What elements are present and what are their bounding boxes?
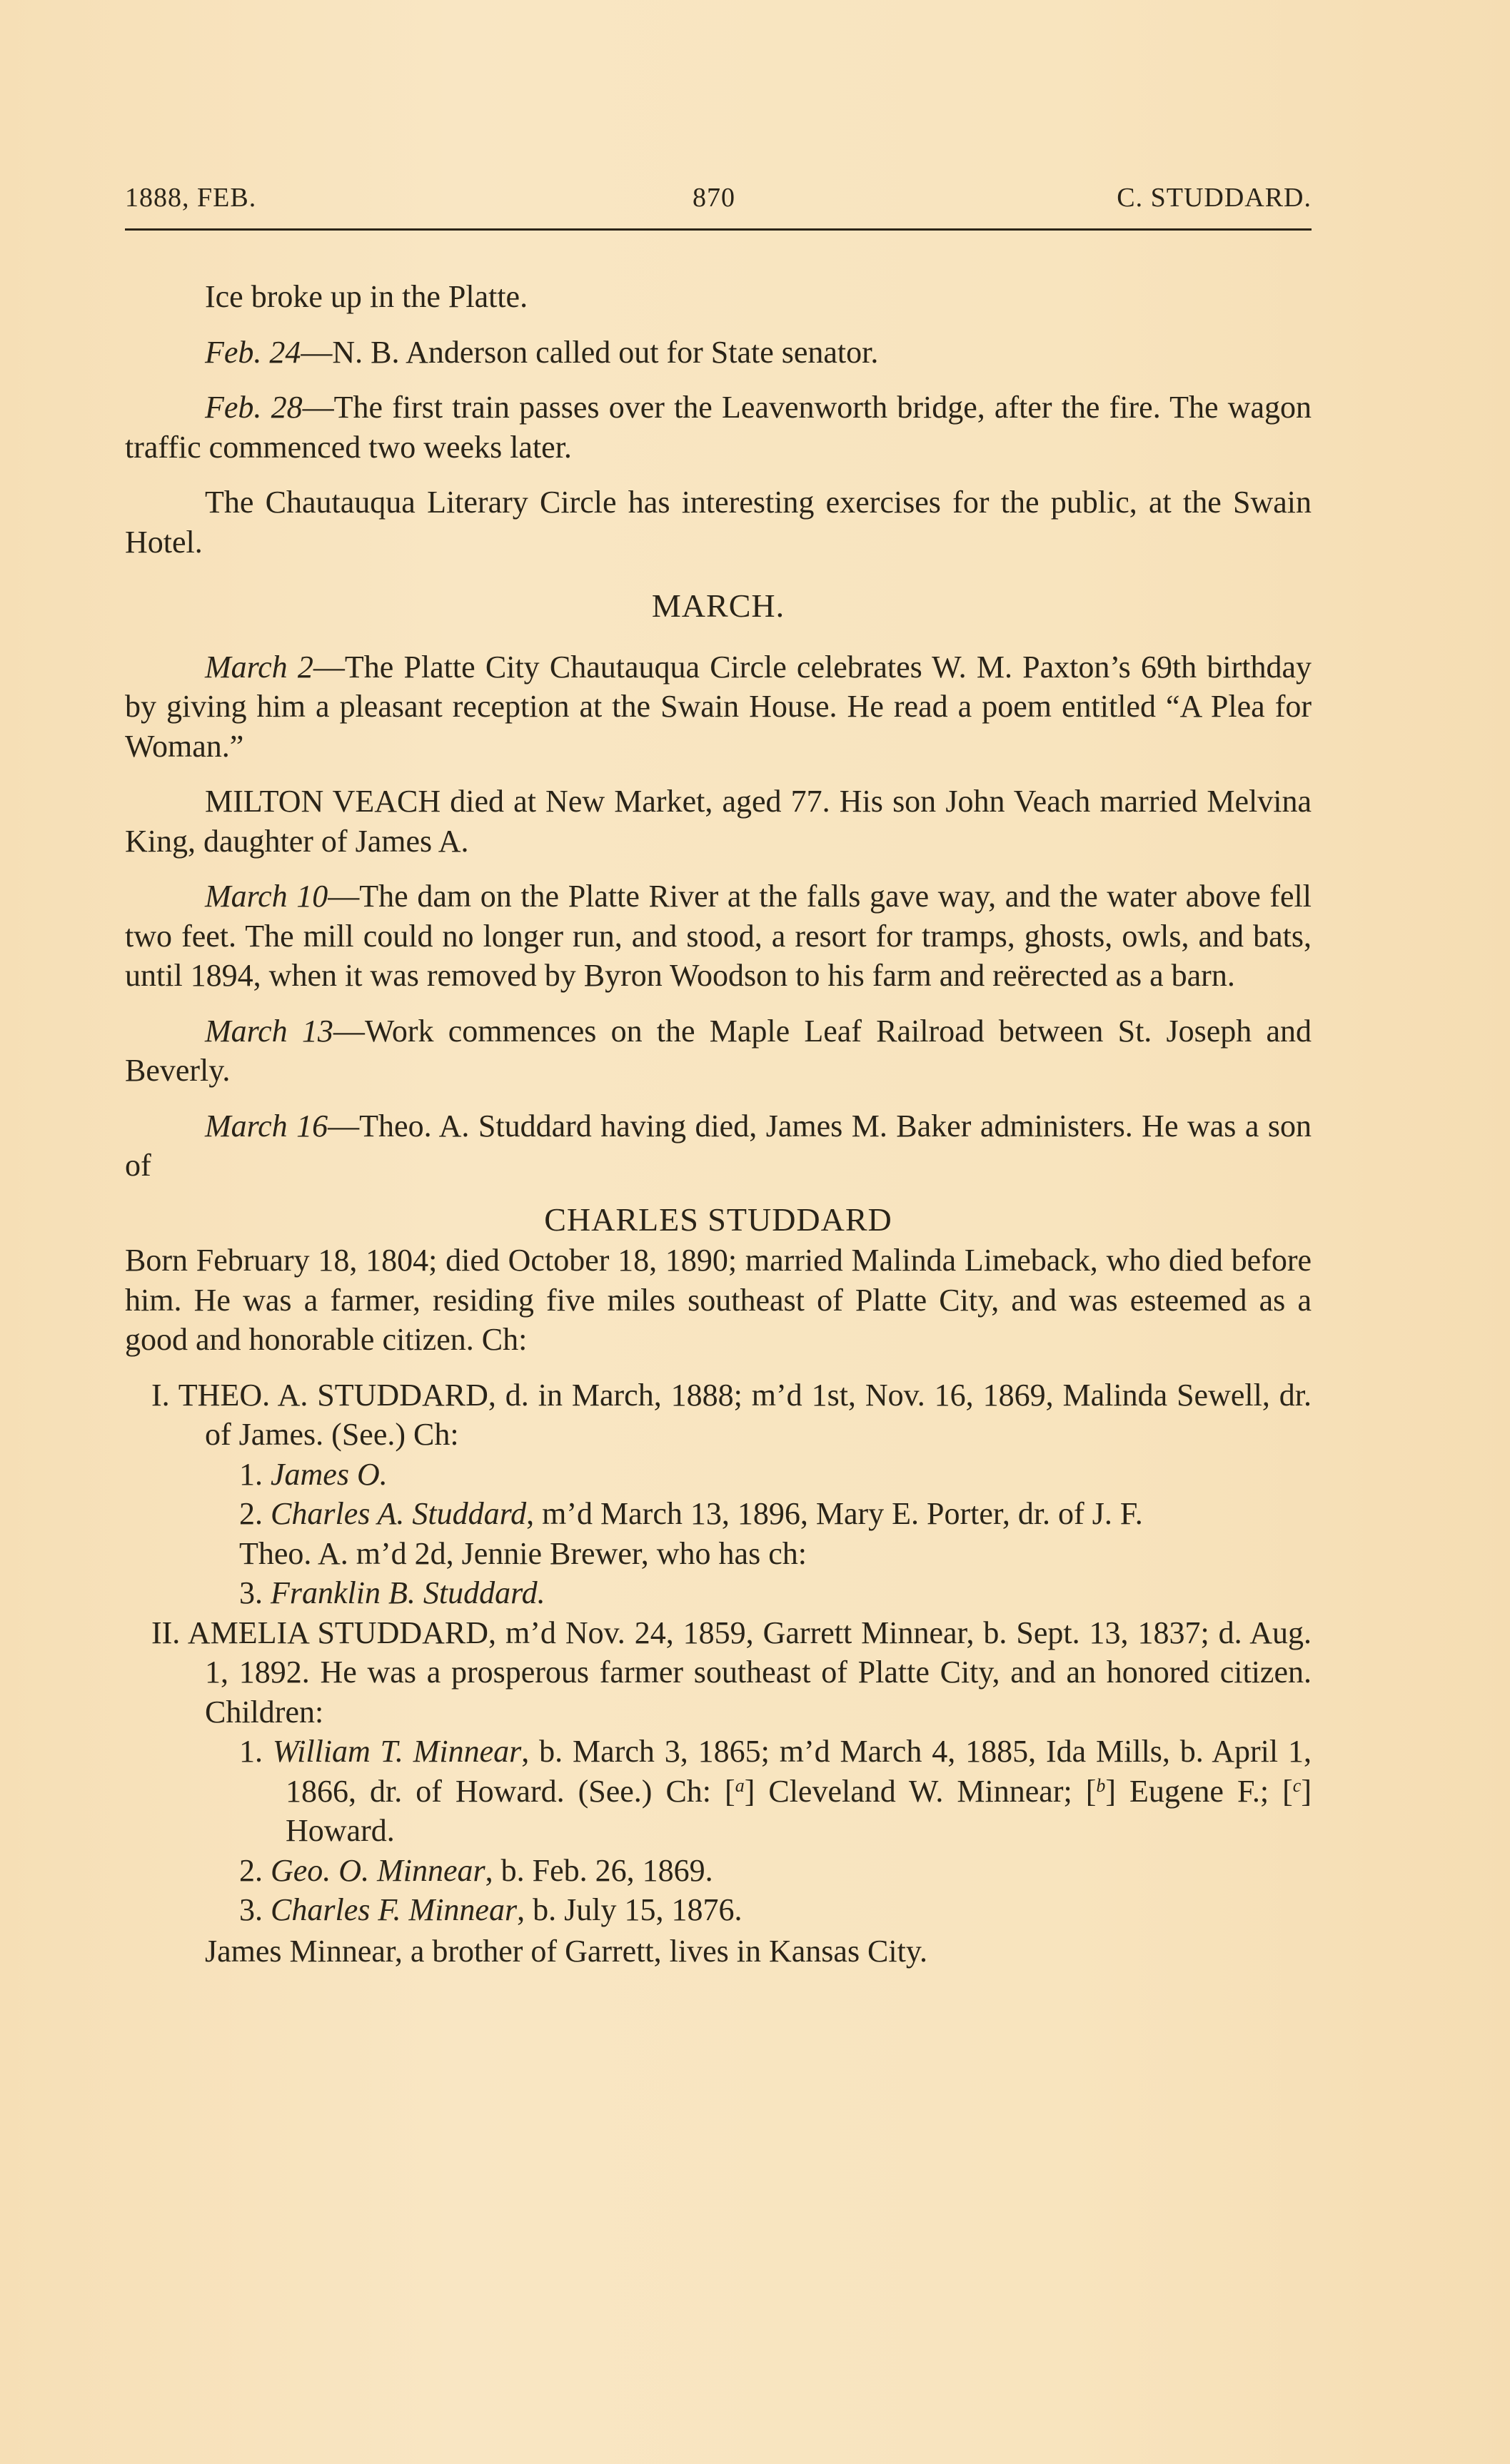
entry-milton-veach: MILTON VEACH died at New Market, aged 77… [125, 782, 1312, 861]
second-marriage-note: Theo. A. m’d 2d, Jennie Brewer, who has … [125, 1534, 1312, 1574]
entry-feb-24: Feb. 24—N. B. Anderson called out for St… [125, 333, 1312, 373]
grandchild-number: 3. [239, 1892, 263, 1927]
running-head-subject: C. STUDDARD. [1117, 182, 1312, 213]
grandchild-name: William T. Minnear [273, 1734, 521, 1769]
entry-march-2: March 2—The Platte City Chautauqua Circl… [125, 647, 1312, 767]
entry-march-10: March 10—The dam on the Platte River at … [125, 877, 1312, 996]
genealogy-intro: Born February 18, 1804; died October 18,… [125, 1241, 1312, 1360]
grandchild-entry: 3. Franklin B. Studdard. [125, 1573, 1312, 1613]
grandchild-text: , m’d March 13, 1896, Mary E. Porter, dr… [526, 1496, 1143, 1531]
grandchild-name: Charles F. Minnear [271, 1892, 517, 1927]
child-entry-theo: I. THEO. A. STUDDARD, d. in March, 1888;… [125, 1375, 1312, 1455]
child-numeral: II. [151, 1615, 180, 1650]
entry-march-16: March 16—Theo. A. Studdard having died, … [125, 1106, 1312, 1186]
entry-date: March 2 [205, 650, 313, 685]
entry-date: Feb. 28 [205, 390, 303, 425]
grandchild-name: Franklin B. Studdard. [271, 1575, 545, 1610]
child-name: AMELIA STUDDARD [188, 1615, 488, 1650]
running-head-date: 1888, FEB. [125, 182, 256, 213]
entry-date: March 13 [205, 1014, 333, 1049]
grandchild-text: , b. July 15, 1876. [517, 1892, 742, 1927]
grandchild-entry: 1. William T. Minnear, b. March 3, 1865;… [125, 1732, 1312, 1851]
grandchild-name: Charles A. Studdard [271, 1496, 526, 1531]
entry-date: Feb. 24 [205, 335, 301, 370]
grandchild-entry: 3. Charles F. Minnear, b. July 15, 1876. [125, 1890, 1312, 1930]
child-entry-amelia: II. AMELIA STUDDARD, m’d Nov. 24, 1859, … [125, 1613, 1312, 1732]
running-head: 1888, FEB. 870 C. STUDDARD. [125, 182, 1312, 218]
grandchild-entry: 2. Geo. O. Minnear, b. Feb. 26, 1869. [125, 1851, 1312, 1891]
closing-note: James Minnear, a brother of Garrett, liv… [125, 1932, 1312, 1971]
section-heading-march: MARCH. [125, 586, 1312, 626]
grandchild-name: Geo. O. Minnear [271, 1853, 485, 1888]
page-body: Ice broke up in the Platte. Feb. 24—N. B… [125, 277, 1312, 1971]
entry-feb-28: Feb. 28—The first train passes over the … [125, 388, 1312, 467]
entry-text: —The first train passes over the Leavenw… [125, 390, 1312, 465]
page-number: 870 [693, 182, 735, 213]
header-rule [125, 228, 1312, 231]
child-name: THEO. A. STUDDARD [178, 1378, 488, 1413]
footnote-marker: c [1293, 1775, 1302, 1796]
grandchild-number: 2. [239, 1853, 263, 1888]
grandchild-number: 1. [239, 1734, 263, 1769]
grandchild-text: ] Cleveland W. Minnear; [ [745, 1774, 1097, 1809]
genealogy-heading: CHARLES STUDDARD [125, 1200, 1312, 1240]
child-numeral: I. [151, 1378, 170, 1413]
footnote-marker: b [1096, 1775, 1105, 1796]
grandchild-text: , b. Feb. 26, 1869. [485, 1853, 713, 1888]
entry-ice: Ice broke up in the Platte. [125, 277, 1312, 317]
grandchild-entry: 1. James O. [125, 1455, 1312, 1495]
entry-text: —N. B. Anderson called out for State sen… [301, 335, 878, 370]
entry-date: March 16 [205, 1109, 328, 1143]
grandchild-entry: 2. Charles A. Studdard, m’d March 13, 18… [125, 1494, 1312, 1534]
grandchild-number: 3. [239, 1575, 263, 1610]
entry-date: March 10 [205, 879, 328, 914]
grandchild-number: 1. [239, 1457, 263, 1492]
entry-march-13: March 13—Work commences on the Maple Lea… [125, 1011, 1312, 1091]
grandchild-name: James O. [271, 1457, 388, 1492]
entry-chautauqua: The Chautauqua Literary Circle has inter… [125, 483, 1312, 562]
grandchild-number: 2. [239, 1496, 263, 1531]
grandchild-text: ] Eugene F.; [ [1105, 1774, 1292, 1809]
footnote-marker: a [735, 1775, 745, 1796]
